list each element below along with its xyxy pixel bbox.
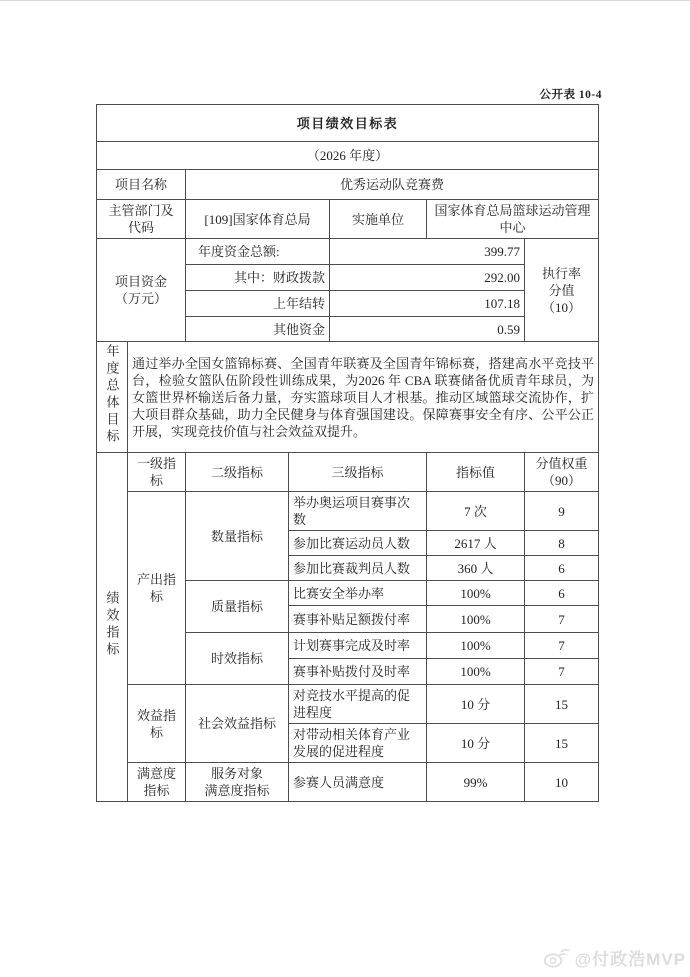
indicator-name: 赛事补贴拨付及时率 bbox=[289, 659, 427, 685]
indicator-weight: 10 bbox=[525, 763, 599, 802]
indicators-section-label-text: 绩效指标 bbox=[104, 591, 121, 659]
indicator-value: 360 人 bbox=[427, 556, 525, 581]
indicator-weight: 8 bbox=[525, 531, 599, 556]
level2-social: 社会效益指标 bbox=[186, 685, 289, 763]
execution-line3: （10） bbox=[529, 299, 594, 316]
indicator-value: 100% bbox=[427, 633, 525, 659]
funding-label-line1: 项目资金 bbox=[101, 273, 181, 290]
department-label: 主管部门及 代码 bbox=[97, 200, 186, 239]
funding-row-value: 107.18 bbox=[330, 291, 525, 317]
level1-output: 产出指标 bbox=[128, 492, 186, 685]
level2-quantity: 数量指标 bbox=[186, 492, 289, 581]
indicator-weight: 9 bbox=[525, 492, 599, 531]
level2-quality: 质量指标 bbox=[186, 581, 289, 633]
funding-row-label: 其中：财政拨款 bbox=[186, 265, 330, 291]
level2-service-line1: 服务对象 bbox=[190, 765, 284, 782]
indicator-value: 10 分 bbox=[427, 724, 525, 763]
watermark: @付政浩MVP bbox=[543, 945, 686, 970]
indicator-name: 计划赛事完成及时率 bbox=[289, 633, 427, 659]
indicator-name: 比赛安全举办率 bbox=[289, 581, 427, 606]
annual-goal-text: 通过举办全国女篮锦标赛、全国青年联赛及全国青年锦标赛，搭建高水平竞技平台，检验女… bbox=[128, 342, 599, 453]
header-weight-line2: （90） bbox=[529, 472, 594, 489]
annual-goal-label: 年度总体目标 bbox=[97, 342, 128, 453]
corner-label: 公开表 10-4 bbox=[540, 86, 602, 102]
header-level2: 二级指标 bbox=[186, 453, 289, 492]
indicator-weight: 6 bbox=[525, 556, 599, 581]
scanned-document-page: 公开表 10-4 项目绩效目标表 （2026 年度） 项目名称 优秀运动队竞赛费… bbox=[0, 1, 690, 977]
indicator-name: 对带动相关体育产业发展的促进程度 bbox=[289, 724, 427, 763]
annual-goal-label-text: 年度总体目标 bbox=[104, 344, 121, 446]
weibo-icon bbox=[543, 947, 570, 968]
indicator-weight: 15 bbox=[525, 724, 599, 763]
funding-row-value: 399.77 bbox=[330, 239, 525, 265]
department-label-line2: 代码 bbox=[101, 219, 181, 236]
indicator-name: 举办奥运项目赛事次数 bbox=[289, 492, 427, 531]
indicator-weight: 7 bbox=[525, 659, 599, 685]
implement-unit-value: 国家体育总局篮球运动管理中心 bbox=[427, 200, 599, 239]
indicator-weight: 7 bbox=[525, 606, 599, 633]
level2-service-satisfaction: 服务对象 满意度指标 bbox=[186, 763, 289, 802]
funding-row-label: 年度资金总额: bbox=[186, 239, 330, 265]
level2-service-line2: 满意度指标 bbox=[190, 782, 284, 799]
page-title: 项目绩效目标表 bbox=[97, 105, 599, 142]
indicator-value: 100% bbox=[427, 581, 525, 606]
header-weight: 分值权重 （90） bbox=[525, 453, 599, 492]
indicator-name: 参加比赛运动员人数 bbox=[289, 531, 427, 556]
header-value: 指标值 bbox=[427, 453, 525, 492]
funding-row-label: 上年结转 bbox=[186, 291, 330, 317]
level1-satisfaction: 满意度指标 bbox=[128, 763, 186, 802]
funding-row-value: 0.59 bbox=[330, 317, 525, 342]
year-subtitle: （2026 年度） bbox=[97, 142, 599, 170]
indicator-weight: 6 bbox=[525, 581, 599, 606]
indicator-value: 100% bbox=[427, 606, 525, 633]
level1-benefit: 效益指标 bbox=[128, 685, 186, 763]
header-weight-line1: 分值权重 bbox=[529, 455, 594, 472]
level2-timeliness: 时效指标 bbox=[186, 633, 289, 685]
indicator-value: 100% bbox=[427, 659, 525, 685]
project-name-label: 项目名称 bbox=[97, 170, 186, 200]
implement-unit-label: 实施单位 bbox=[330, 200, 427, 239]
execution-line1: 执行率 bbox=[529, 265, 594, 282]
header-level1: 一级指标 bbox=[128, 453, 186, 492]
indicators-section-label: 绩效指标 bbox=[97, 453, 128, 802]
department-value: [109]国家体育总局 bbox=[186, 200, 330, 239]
indicator-value: 2617 人 bbox=[427, 531, 525, 556]
watermark-text: @付政浩MVP bbox=[575, 945, 686, 970]
indicator-weight: 15 bbox=[525, 685, 599, 724]
indicator-name: 参加比赛裁判员人数 bbox=[289, 556, 427, 581]
header-level3: 三级指标 bbox=[289, 453, 427, 492]
funding-label-line2: （万元） bbox=[101, 290, 181, 307]
indicator-value: 10 分 bbox=[427, 685, 525, 724]
indicator-name: 参赛人员满意度 bbox=[289, 763, 427, 802]
funding-label: 项目资金 （万元） bbox=[97, 239, 186, 342]
performance-target-table: 项目绩效目标表 （2026 年度） 项目名称 优秀运动队竞赛费 主管部门及 代码… bbox=[96, 104, 599, 802]
execution-rate-label: 执行率 分值 （10） bbox=[525, 239, 599, 342]
funding-row-label: 其他资金 bbox=[186, 317, 330, 342]
department-label-line1: 主管部门及 bbox=[101, 202, 181, 219]
indicator-value: 99% bbox=[427, 763, 525, 802]
indicator-name: 对竞技水平提高的促进程度 bbox=[289, 685, 427, 724]
indicator-name: 赛事补贴足额拨付率 bbox=[289, 606, 427, 633]
indicator-value: 7 次 bbox=[427, 492, 525, 531]
funding-row-value: 292.00 bbox=[330, 265, 525, 291]
project-name-value: 优秀运动队竞赛费 bbox=[186, 170, 599, 200]
indicator-weight: 7 bbox=[525, 633, 599, 659]
execution-line2: 分值 bbox=[529, 282, 594, 299]
